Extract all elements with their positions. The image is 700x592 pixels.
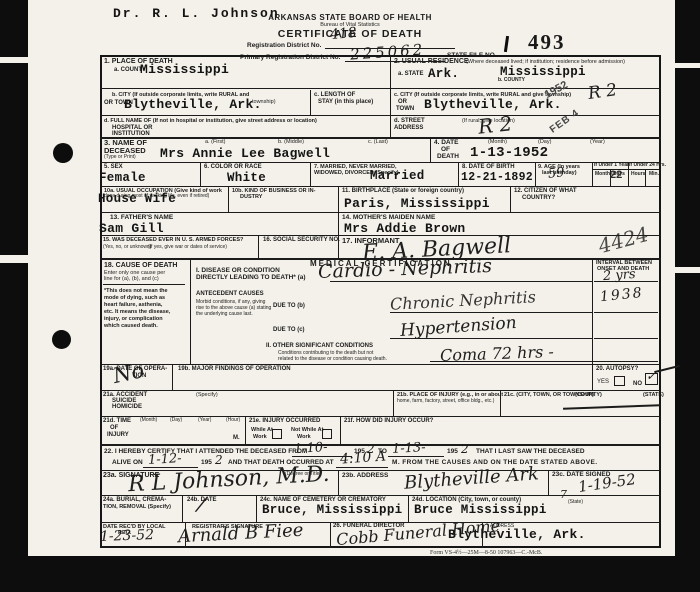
writing-line bbox=[390, 312, 592, 313]
rule bbox=[408, 495, 409, 522]
how-injury-label: 21f. HOW DID INJURY OCCUR? bbox=[344, 418, 433, 425]
autopsy-yes-label: YES bbox=[597, 379, 609, 386]
place-of-injury-note: home, farm, factory, street, office bldg… bbox=[397, 399, 494, 405]
rule bbox=[190, 258, 191, 364]
armed-forces-label: 15. WAS DECEASED EVER IN U. S. ARMED FOR… bbox=[103, 237, 243, 243]
injury-day-label: (Day) bbox=[170, 418, 182, 424]
rule bbox=[458, 162, 459, 186]
year-hand-2: 2 bbox=[461, 442, 469, 456]
interval-a-value: 2 yrs bbox=[603, 267, 637, 284]
date-of-death-label3: DEATH bbox=[437, 153, 459, 160]
autopsy-label: 20. AUTOPSY? bbox=[596, 366, 638, 373]
cause-footnote3: heart failure, asthenia, bbox=[104, 302, 162, 308]
residence-city-value: Blytheville, Ark. bbox=[424, 97, 562, 112]
age-value: 59 bbox=[547, 165, 565, 182]
residence-county-value: Mississippi bbox=[500, 65, 586, 79]
cemetery-value: Bruce, Mississippi bbox=[262, 503, 402, 517]
punch-hole bbox=[53, 143, 73, 163]
rule bbox=[592, 258, 593, 390]
cause-footnote6: which caused death. bbox=[104, 323, 158, 329]
cause-note2: line for (a), (b), and (c) bbox=[104, 276, 159, 282]
armed-forces-note2: (If yes, give war or dates of service) bbox=[148, 245, 227, 251]
other-conditions-note2: related to the disease or condition caus… bbox=[278, 357, 387, 363]
certify-text-1: 22. I HEREBY CERTIFY THAT I ATTENDED THE… bbox=[104, 448, 307, 455]
cause-footnote1: *This does not mean the bbox=[104, 288, 168, 294]
street-address-label: d. STREET bbox=[394, 118, 425, 125]
left-margin-gap bbox=[0, 255, 28, 263]
birthplace-label: 11. BIRTHPLACE (State or foreign country… bbox=[342, 188, 464, 195]
board-title: ARKANSAS STATE BOARD OF HEALTH bbox=[240, 13, 460, 22]
min-label: Min. bbox=[649, 172, 659, 178]
state-file-number-stamp: 493 bbox=[528, 30, 566, 55]
under-24-hrs-label: If Under 24 Hrs. bbox=[629, 163, 666, 169]
specify-note: (Specify) bbox=[196, 392, 218, 398]
year-prefix-3: 195 bbox=[201, 459, 212, 466]
rule bbox=[100, 390, 661, 391]
scan-right-margin bbox=[675, 0, 700, 592]
under-1-year-label: If Under 1 Year bbox=[594, 163, 629, 169]
rule bbox=[338, 212, 339, 235]
rule bbox=[182, 495, 183, 522]
registration-district-label: Registration District No. bbox=[247, 42, 321, 49]
writing-line bbox=[594, 338, 658, 339]
rule bbox=[548, 470, 549, 495]
location-mark: 7 bbox=[560, 488, 567, 501]
autopsy-no-label: NO bbox=[633, 381, 642, 388]
rule bbox=[592, 162, 593, 186]
injury-hour-label: (Hour) bbox=[226, 418, 240, 424]
address-23b-label: 23b. ADDRESS bbox=[342, 472, 388, 479]
street-address-label2: ADDRESS bbox=[394, 125, 423, 132]
antecedent-causes-label: ANTECEDENT CAUSES bbox=[196, 291, 264, 298]
birthplace-value: Paris, Mississippi bbox=[344, 196, 490, 211]
injury-county-label: (COUNTY) bbox=[575, 392, 602, 398]
deceased-name-value: Mrs Annie Lee Bagwell bbox=[160, 146, 330, 161]
rule bbox=[310, 90, 311, 115]
rule bbox=[100, 162, 661, 163]
injury-time-label: 21d. TIME bbox=[103, 418, 131, 425]
injury-time-injury: INJURY bbox=[107, 432, 129, 439]
occupation-value: House Wife bbox=[98, 192, 176, 206]
date-of-death-value: 1-13-1952 bbox=[470, 145, 548, 161]
writing-line bbox=[390, 338, 592, 339]
business-label2: DUSTRY bbox=[240, 194, 262, 200]
rule bbox=[100, 88, 661, 89]
scan-left-margin bbox=[0, 0, 28, 592]
registration-district-value: 418 bbox=[329, 25, 357, 43]
rule bbox=[430, 137, 431, 162]
length-of-stay-label2: STAY (in this place) bbox=[318, 99, 373, 106]
cause-footnote5: injury, or complication bbox=[104, 316, 163, 322]
rule bbox=[393, 390, 394, 416]
rule bbox=[228, 186, 229, 212]
right-margin-gap bbox=[675, 267, 700, 273]
address-26-value: Blytheville, Ark. bbox=[448, 527, 586, 542]
county-value: Mississippi bbox=[140, 62, 229, 77]
hospital-label: d. FULL NAME OF (If not in hospital or i… bbox=[104, 118, 317, 124]
rule bbox=[100, 364, 661, 365]
injury-state-label: (STATE) bbox=[643, 392, 664, 398]
writing-line bbox=[336, 467, 388, 468]
disease-label2: DIRECTLY LEADING TO DEATH* (a) bbox=[196, 274, 306, 281]
father-value: Sam Gill bbox=[99, 221, 164, 236]
right-margin-gap bbox=[675, 63, 700, 68]
death-certificate-scan: Dr. R. L. Johnson ARKANSAS STATE BOARD O… bbox=[0, 0, 700, 592]
rule bbox=[245, 416, 246, 444]
while-at-label: While At bbox=[251, 427, 273, 433]
homicide-label: HOMICIDE bbox=[112, 404, 142, 411]
usual-residence-label: 2. USUAL RESIDENCE bbox=[394, 58, 469, 66]
dod-year-label: (Year) bbox=[590, 139, 605, 145]
rule bbox=[330, 522, 331, 548]
marital-value: Married bbox=[370, 169, 425, 183]
autopsy-yes-checkbox bbox=[614, 376, 625, 386]
ssn-label: 16. SOCIAL SECURITY NO. bbox=[263, 237, 340, 244]
name-last-label: c. (Last) bbox=[368, 139, 388, 145]
race-value: White bbox=[227, 171, 266, 185]
city-value: Blytheville, Ark. bbox=[124, 97, 262, 112]
street-address-value: R 2 bbox=[477, 111, 513, 138]
certify-text-2: THAT I LAST SAW THE DECEASED bbox=[476, 448, 585, 455]
alive-on-value: 1-12- bbox=[148, 451, 182, 468]
attended-to-value: 1-13- bbox=[392, 440, 426, 457]
form-number-footer: Form VS-4½—25M—8-50 107963—C.-McB. bbox=[430, 550, 542, 556]
rule bbox=[100, 495, 661, 496]
alive-on-label: ALIVE ON bbox=[112, 459, 143, 466]
other-conditions-label: II. OTHER SIGNIFICANT CONDITIONS bbox=[266, 343, 373, 350]
writing-line bbox=[143, 467, 198, 468]
rule bbox=[100, 186, 661, 187]
residence-state-label: a. STATE bbox=[398, 71, 423, 78]
rule bbox=[100, 212, 661, 213]
injury-occurred-label: 21e. INJURY OCCURRED bbox=[249, 418, 320, 425]
rule bbox=[172, 364, 173, 390]
rule bbox=[340, 416, 341, 444]
sex-value: Female bbox=[99, 171, 146, 185]
rule bbox=[390, 55, 391, 137]
citizen-label2: COUNTRY? bbox=[522, 195, 555, 202]
location-state-note: (State) bbox=[568, 500, 583, 506]
scan-bottom-margin bbox=[0, 556, 700, 592]
sex-label: 5. SEX bbox=[104, 164, 123, 171]
rule bbox=[535, 162, 536, 186]
township-note: township) bbox=[252, 99, 276, 105]
name-note: (Type or Print) bbox=[104, 155, 136, 161]
citizen-label: 12. CITIZEN OF WHAT bbox=[514, 188, 577, 195]
residence-state-value: Ark. bbox=[428, 67, 459, 81]
rule bbox=[592, 169, 661, 170]
rule bbox=[338, 186, 339, 212]
race-label: 6. COLOR OR RACE bbox=[204, 164, 262, 171]
burial-label2: TION, REMOVAL (Specify) bbox=[103, 504, 171, 510]
rule bbox=[338, 470, 339, 495]
writing-line bbox=[388, 456, 444, 457]
not-while-label: Not While At bbox=[291, 427, 323, 433]
hours-label: Hours bbox=[631, 172, 645, 178]
morbid-note3: the underlying cause last. bbox=[196, 312, 253, 318]
cause-footnote4: etc. It means the disease, bbox=[104, 309, 170, 315]
dob-value: 12-21-1892 bbox=[461, 171, 533, 184]
cause-of-death-label: 18. CAUSE OF DEATH bbox=[104, 262, 177, 270]
injury-time-of: OF bbox=[110, 425, 118, 432]
hospital-label3: INSTITUTION bbox=[112, 131, 150, 138]
name-middle-label: b. (Middle) bbox=[278, 139, 304, 145]
name-first-label: a. (First) bbox=[205, 139, 225, 145]
rule bbox=[103, 284, 185, 285]
injury-month-label: (Month) bbox=[140, 418, 157, 424]
mother-value: Mrs Addie Brown bbox=[344, 221, 466, 236]
residence-city-town: TOWN bbox=[396, 106, 414, 113]
not-while-work-label: Work bbox=[297, 434, 311, 440]
route-handwriting: R 2 bbox=[587, 80, 619, 104]
days-stamp-value: 22 bbox=[610, 169, 622, 181]
date-received-value: 1-23-52 bbox=[100, 527, 155, 545]
dob-label: 8. DATE OF BIRTH bbox=[462, 164, 515, 171]
writing-line bbox=[594, 312, 658, 313]
rule bbox=[258, 235, 259, 258]
year-hand-3: 2 bbox=[215, 453, 223, 467]
death-time-value: 4:10 A bbox=[339, 448, 386, 467]
burial-label: 24a. BURIAL, CREMA- bbox=[103, 497, 166, 504]
cause-footnote2: mode of dying, such as bbox=[104, 295, 165, 301]
location-value: Bruce Mississippi bbox=[414, 503, 547, 517]
due-to-b-label: DUE TO (b) bbox=[273, 303, 305, 310]
injury-time-m: M. bbox=[233, 435, 240, 442]
while-work-label: Work bbox=[253, 434, 267, 440]
due-to-c-label: DUE TO (c) bbox=[273, 327, 305, 334]
rule bbox=[200, 162, 201, 186]
armed-forces-note: (Yes, no, or unknown) bbox=[103, 245, 151, 251]
attended-from-value: 1-10- bbox=[294, 440, 329, 457]
rule bbox=[310, 162, 311, 186]
year-prefix-2: 195 bbox=[447, 448, 458, 455]
injury-year-label: (Year) bbox=[198, 418, 211, 424]
rule bbox=[100, 444, 661, 446]
not-while-at-work-checkbox bbox=[322, 429, 332, 439]
length-of-stay-label: c. LENGTH OF bbox=[314, 92, 355, 99]
rule bbox=[510, 186, 511, 212]
while-at-work-checkbox bbox=[272, 429, 282, 439]
residence-city-or: OR bbox=[398, 99, 407, 106]
writing-line bbox=[430, 361, 658, 362]
rule bbox=[100, 416, 661, 417]
operation-findings-label: 19b. MAJOR FINDINGS OF OPERATION bbox=[178, 366, 291, 373]
rule bbox=[256, 495, 257, 522]
writing-line bbox=[330, 281, 592, 282]
left-margin-gap bbox=[0, 57, 28, 63]
punch-hole bbox=[52, 330, 71, 349]
